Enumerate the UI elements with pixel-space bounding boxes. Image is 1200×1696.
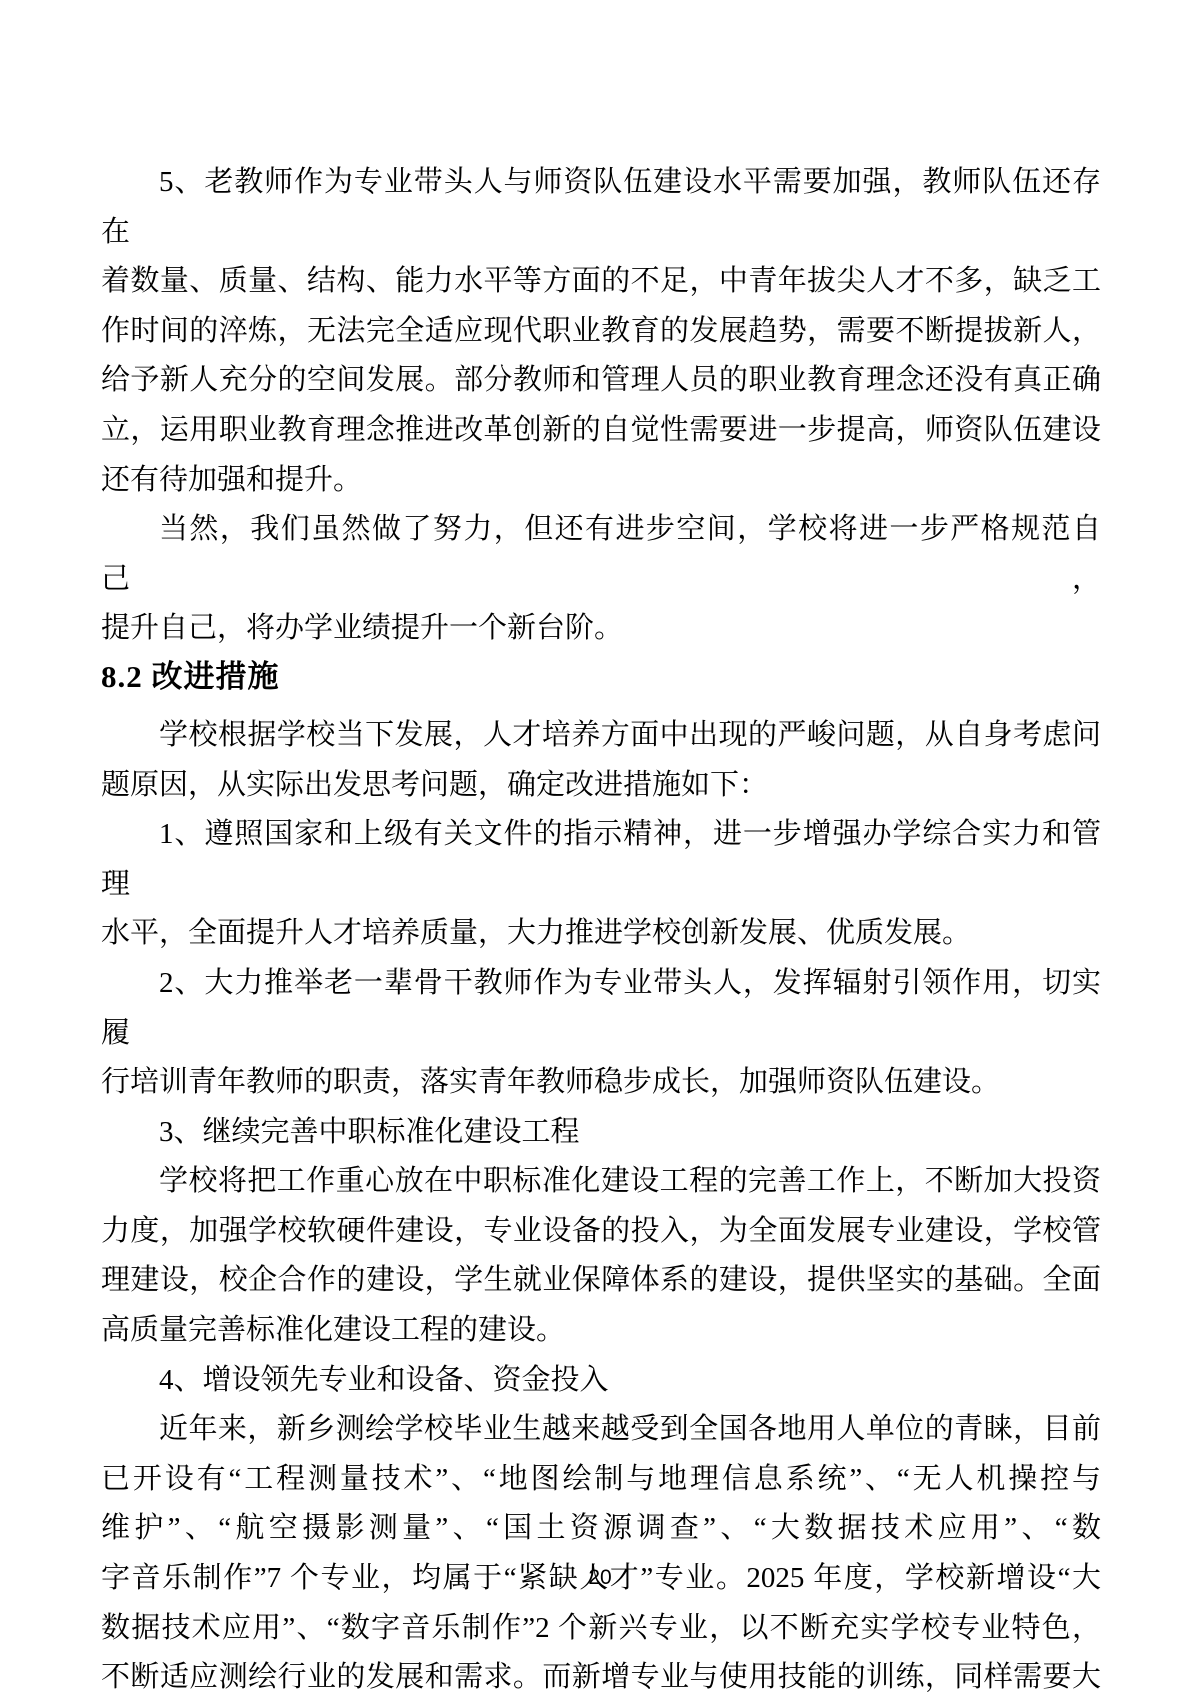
text-line: 理建设，校企合作的建设，学生就业保障体系的建设，提供坚实的基础。全面	[101, 1256, 1101, 1306]
text-line: 5、老教师作为专业带头人与师资队伍建设水平需要加强，教师队伍还存在	[101, 158, 1101, 257]
paragraph: 1、遵照国家和上级有关文件的指示精神，进一步增强办学综合实力和管理水平，全面提升…	[101, 810, 1101, 959]
paragraph: 2、大力推举老一辈骨干教师作为专业带头人，发挥辐射引领作用，切实履行培训青年教师…	[101, 959, 1101, 1108]
text-line: 2、大力推举老一辈骨干教师作为专业带头人，发挥辐射引领作用，切实履	[101, 959, 1101, 1058]
text-line: 4、增设领先专业和设备、资金投入	[101, 1356, 1101, 1406]
text-line: 维护”、“航空摄影测量”、“国土资源调查”、“大数据技术应用”、“数	[101, 1504, 1101, 1554]
paragraph: 学校根据学校当下发展，人才培养方面中出现的严峻问题，从自身考虑问题原因，从实际出…	[101, 711, 1101, 810]
text-line: 立，运用职业教育理念推进改革创新的自觉性需要进一步提高，师资队伍建设	[101, 406, 1101, 456]
text-line: 提升自己，将办学业绩提升一个新台阶。	[101, 604, 1101, 654]
paragraph: 3、继续完善中职标准化建设工程	[101, 1108, 1101, 1158]
text-line: 学校将把工作重心放在中职标准化建设工程的完善工作上，不断加大投资	[101, 1157, 1101, 1207]
text-line: 不断适应测绘行业的发展和需求。而新增专业与使用技能的训练，同样需要大	[101, 1653, 1101, 1696]
text-line: 还有待加强和提升。	[101, 456, 1101, 506]
paragraph: 近年来，新乡测绘学校毕业生越来越受到全国各地用人单位的青睐，目前已开设有“工程测…	[101, 1405, 1101, 1696]
text-line: 着数量、质量、结构、能力水平等方面的不足，中青年拔尖人才不多，缺乏工	[101, 257, 1101, 307]
text-line: 力度，加强学校软硬件建设，专业设备的投入，为全面发展专业建设，学校管	[101, 1207, 1101, 1257]
section-heading: 8.2 改进措施	[101, 656, 1101, 697]
text-line: 行培训青年教师的职责，落实青年教师稳步成长，加强师资队伍建设。	[101, 1058, 1101, 1108]
text-line: 近年来，新乡测绘学校毕业生越来越受到全国各地用人单位的青睐，目前	[101, 1405, 1101, 1455]
text-line: 给予新人充分的空间发展。部分教师和管理人员的职业教育理念还没有真正确	[101, 356, 1101, 406]
text-line: 3、继续完善中职标准化建设工程	[101, 1108, 1101, 1158]
text-line: 已开设有“工程测量技术”、“地图绘制与地理信息系统”、“无人机操控与	[101, 1455, 1101, 1505]
text-line: 高质量完善标准化建设工程的建设。	[101, 1306, 1101, 1356]
paragraph: 4、增设领先专业和设备、资金投入	[101, 1356, 1101, 1406]
text-line: 1、遵照国家和上级有关文件的指示精神，进一步增强办学综合实力和管理	[101, 810, 1101, 909]
page-number: 20	[0, 1566, 1200, 1590]
text-line: 学校根据学校当下发展，人才培养方面中出现的严峻问题，从自身考虑问	[101, 711, 1101, 761]
paragraph: 5、老教师作为专业带头人与师资队伍建设水平需要加强，教师队伍还存在着数量、质量、…	[101, 158, 1101, 505]
document-body: 5、老教师作为专业带头人与师资队伍建设水平需要加强，教师队伍还存在着数量、质量、…	[101, 158, 1101, 1696]
document-page: 5、老教师作为专业带头人与师资队伍建设水平需要加强，教师队伍还存在着数量、质量、…	[0, 0, 1200, 1696]
text-line: 作时间的淬炼，无法完全适应现代职业教育的发展趋势，需要不断提拔新人，	[101, 307, 1101, 357]
paragraph: 学校将把工作重心放在中职标准化建设工程的完善工作上，不断加大投资力度，加强学校软…	[101, 1157, 1101, 1355]
text-line: 水平，全面提升人才培养质量，大力推进学校创新发展、优质发展。	[101, 909, 1101, 959]
paragraph: 当然，我们虽然做了努力，但还有进步空间，学校将进一步严格规范自己，提升自己，将办…	[101, 505, 1101, 654]
text-line: 数据技术应用”、“数字音乐制作”2 个新兴专业，以不断充实学校专业特色，	[101, 1604, 1101, 1654]
text-line: 当然，我们虽然做了努力，但还有进步空间，学校将进一步严格规范自己，	[101, 505, 1101, 604]
text-line: 题原因，从实际出发思考问题，确定改进措施如下：	[101, 761, 1101, 811]
